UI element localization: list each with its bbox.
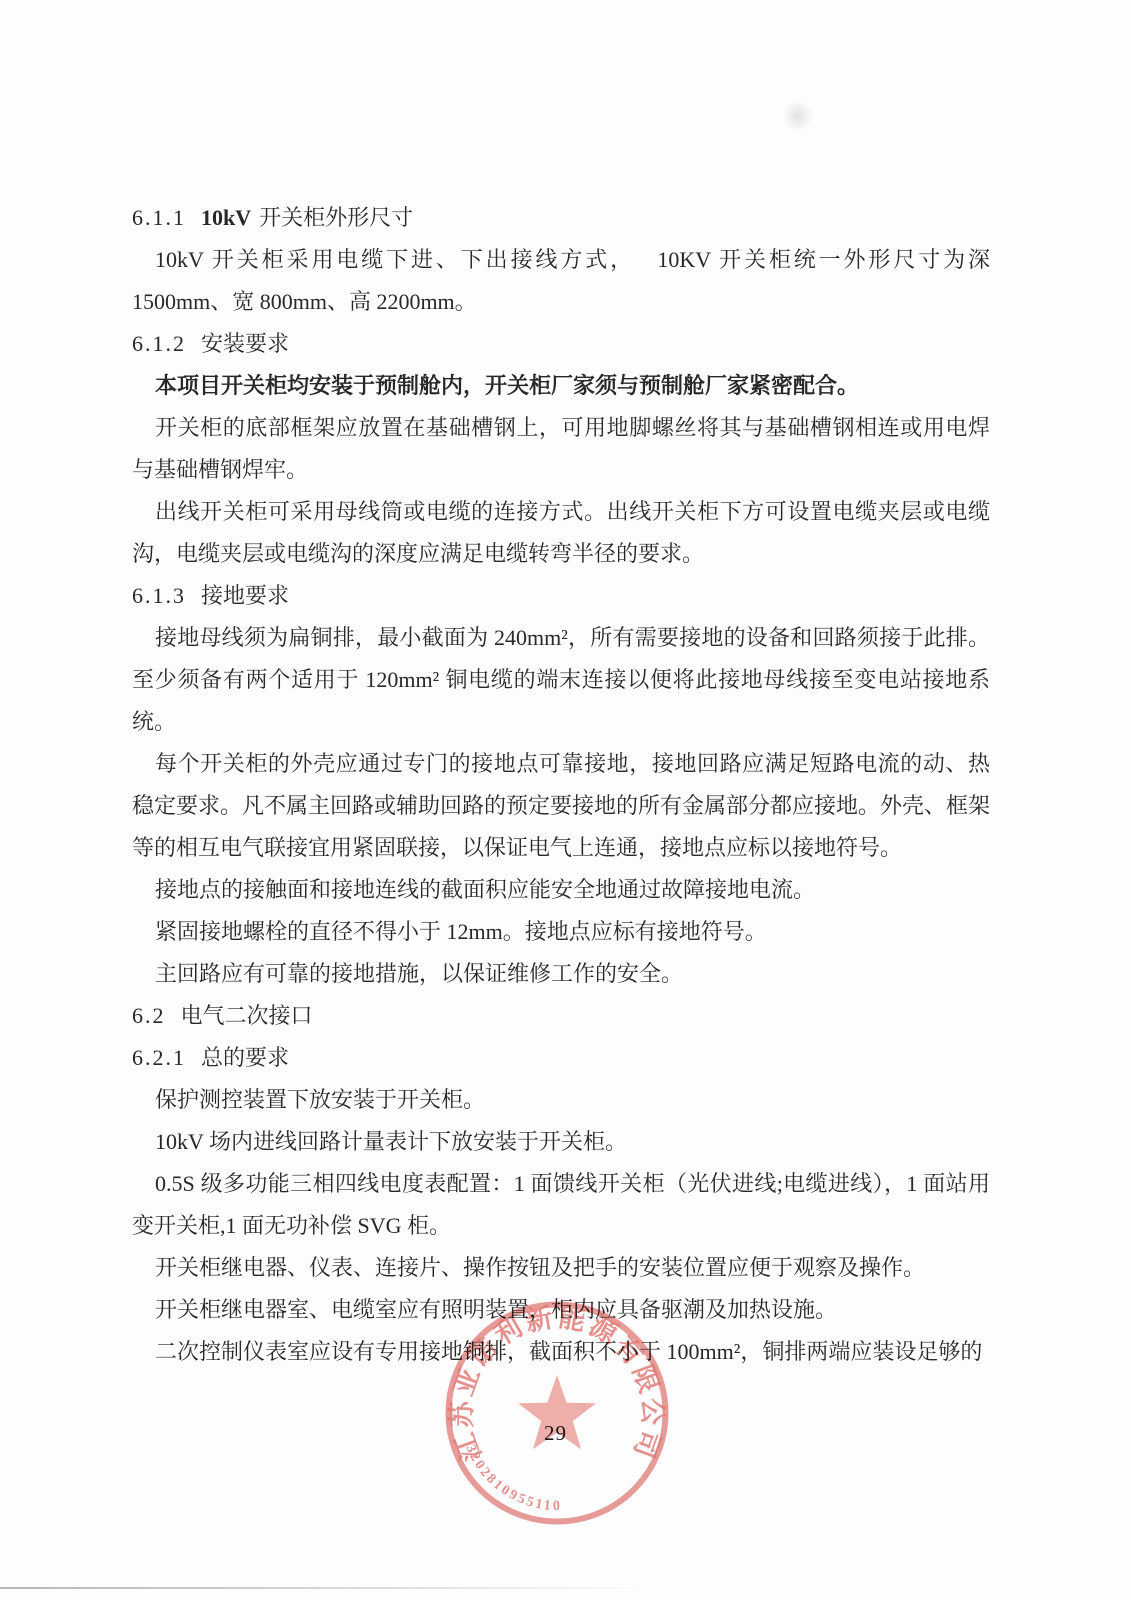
section-title: 安装要求 (201, 331, 289, 356)
scan-artifact-line (0, 1587, 645, 1589)
paragraph-ground-bolt: 紧固接地螺栓的直径不得小于 12mm。接地点应标有接地符号。 (132, 911, 990, 953)
section-heading-6-1-1: 6.1.110kV开关柜外形尺寸 (132, 197, 990, 239)
document-page: 6.1.110kV开关柜外形尺寸 10kV 开关柜采用电缆下进、下出接线方式， … (0, 0, 1131, 1600)
section-number: 6.2.1 (132, 1045, 186, 1070)
section-title: 电气二次接口 (181, 1003, 313, 1028)
section-heading-6-2-1: 6.2.1总的要求 (132, 1037, 990, 1079)
paragraph-protection-device: 保护测控装置下放安装于开关柜。 (132, 1079, 990, 1121)
section-title: 总的要求 (201, 1045, 289, 1070)
paragraph-shell-grounding: 每个开关柜的外壳应通过专门的接地点可靠接地，接地回路应满足短路电流的动、热稳定要… (132, 743, 990, 869)
page-content: 6.1.110kV开关柜外形尺寸 10kV 开关柜采用电缆下进、下出接线方式， … (132, 197, 990, 1373)
section-number: 6.1.2 (132, 331, 186, 356)
section-number: 6.1.3 (132, 583, 186, 608)
section-number: 6.1.1 (132, 205, 186, 230)
paragraph-ground-busbar: 接地母线须为扁铜排，最小截面为 240mm²，所有需要接地的设备和回路须接于此排… (132, 617, 990, 743)
section-heading-6-1-2: 6.1.2安装要求 (132, 323, 990, 365)
paragraph-incoming-metering: 10kV 场内进线回路计量表计下放安装于开关柜。 (132, 1121, 990, 1163)
star-icon (518, 1375, 596, 1449)
company-seal-stamp: 江苏亚诺利新能源有限公司 3202810955110 (412, 1268, 702, 1558)
section-heading-6-2: 6.2电气二次接口 (132, 995, 990, 1037)
paragraph-base-frame: 开关柜的底部框架应放置在基础槽钢上，可用地脚螺丝将其与基础槽钢相连或用电焊与基础… (132, 407, 990, 491)
paragraph-main-circuit: 主回路应有可靠的接地措施，以保证维修工作的安全。 (132, 953, 990, 995)
paragraph-energy-meter-config: 0.5S 级多功能三相四线电度表配置：1 面馈线开关柜（光伏进线;电缆进线），1… (132, 1163, 990, 1247)
section-number: 6.2 (132, 1003, 166, 1028)
section-title: 接地要求 (201, 583, 289, 608)
scan-artifact-smudge (783, 100, 813, 132)
section-title: 开关柜外形尺寸 (259, 205, 413, 230)
paragraph-outgoing-cabinet: 出线开关柜可采用母线筒或电缆的连接方式。出线开关柜下方可设置电缆夹层或电缆沟，电… (132, 491, 990, 575)
paragraph-prefab-cabin-bold: 本项目开关柜均安装于预制舱内，开关柜厂家须与预制舱厂家紧密配合。 (132, 365, 990, 407)
seal-serial-text: 3202810955110 (462, 1443, 562, 1514)
section-title-bold: 10kV (201, 205, 251, 230)
paragraph-cabinet-dimensions: 10kV 开关柜采用电缆下进、下出接线方式， 10KV 开关柜统一外形尺寸为深 … (132, 239, 990, 323)
section-heading-6-1-3: 6.1.3接地要求 (132, 575, 990, 617)
paragraph-contact-area: 接地点的接触面和接地连线的截面积应能安全地通过故障接地电流。 (132, 869, 990, 911)
